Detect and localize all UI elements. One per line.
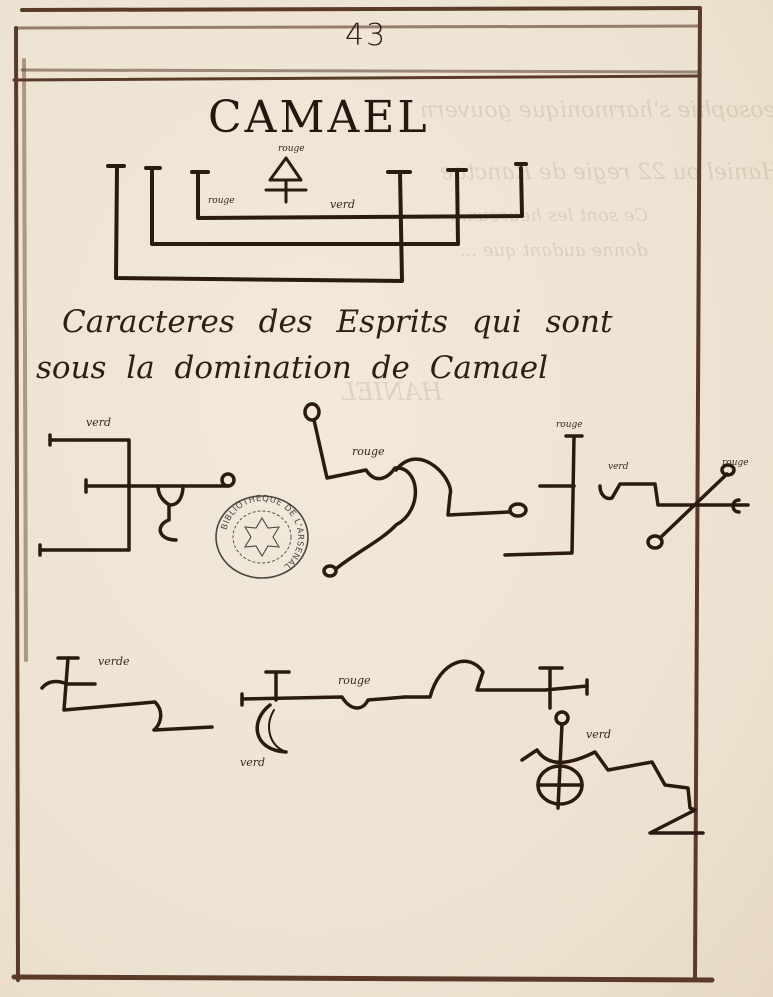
spirit-character-2 — [305, 404, 526, 576]
camael-seal — [108, 158, 526, 281]
spirit-character-4 — [42, 658, 212, 730]
spirit-character-3 — [505, 436, 748, 555]
char6-color-label-top: rouge — [338, 674, 371, 687]
char3-color-label-top: rouge — [556, 420, 583, 430]
frame-left-line-faint — [24, 60, 26, 660]
spirit-character-5 — [242, 672, 405, 752]
spirit-character-6 — [405, 661, 703, 833]
star-icon — [245, 518, 279, 556]
char5-color-label: verde — [98, 655, 130, 668]
frame-bottom-line — [14, 977, 712, 980]
page-title: CAMAEL — [208, 92, 430, 143]
spirit-character-1 — [40, 435, 234, 555]
char7-color-label: verd — [586, 728, 611, 741]
char1-color-label: verd — [86, 416, 111, 429]
page-number: 43 — [345, 18, 387, 53]
seal-triangle — [270, 158, 301, 180]
frame-header-line-faint — [22, 70, 700, 72]
caption-line-1: Caracteres des Esprits qui sont — [62, 304, 612, 340]
manuscript-page: Theosophie s'harmonique gouvern Haniel o… — [0, 0, 773, 997]
ink-drawings — [0, 0, 773, 997]
seal-label-top: rouge — [278, 144, 305, 154]
seal-label-right: verd — [330, 198, 355, 211]
frame-top-line — [22, 8, 700, 10]
caption-line-2: sous la domination de Camael — [36, 350, 548, 386]
char4-color-label: rouge — [722, 458, 749, 468]
library-stamp: BIBLIOTHÈQUE DE L'ARSENAL — [212, 494, 312, 580]
char3-color-label-mid: verd — [608, 462, 628, 472]
char2-color-label: rouge — [352, 445, 385, 458]
seal-label-left: rouge — [208, 196, 235, 206]
char6-color-label-moon: verd — [240, 756, 265, 769]
frame-left-line — [16, 28, 18, 980]
frame-header-line — [14, 76, 700, 80]
